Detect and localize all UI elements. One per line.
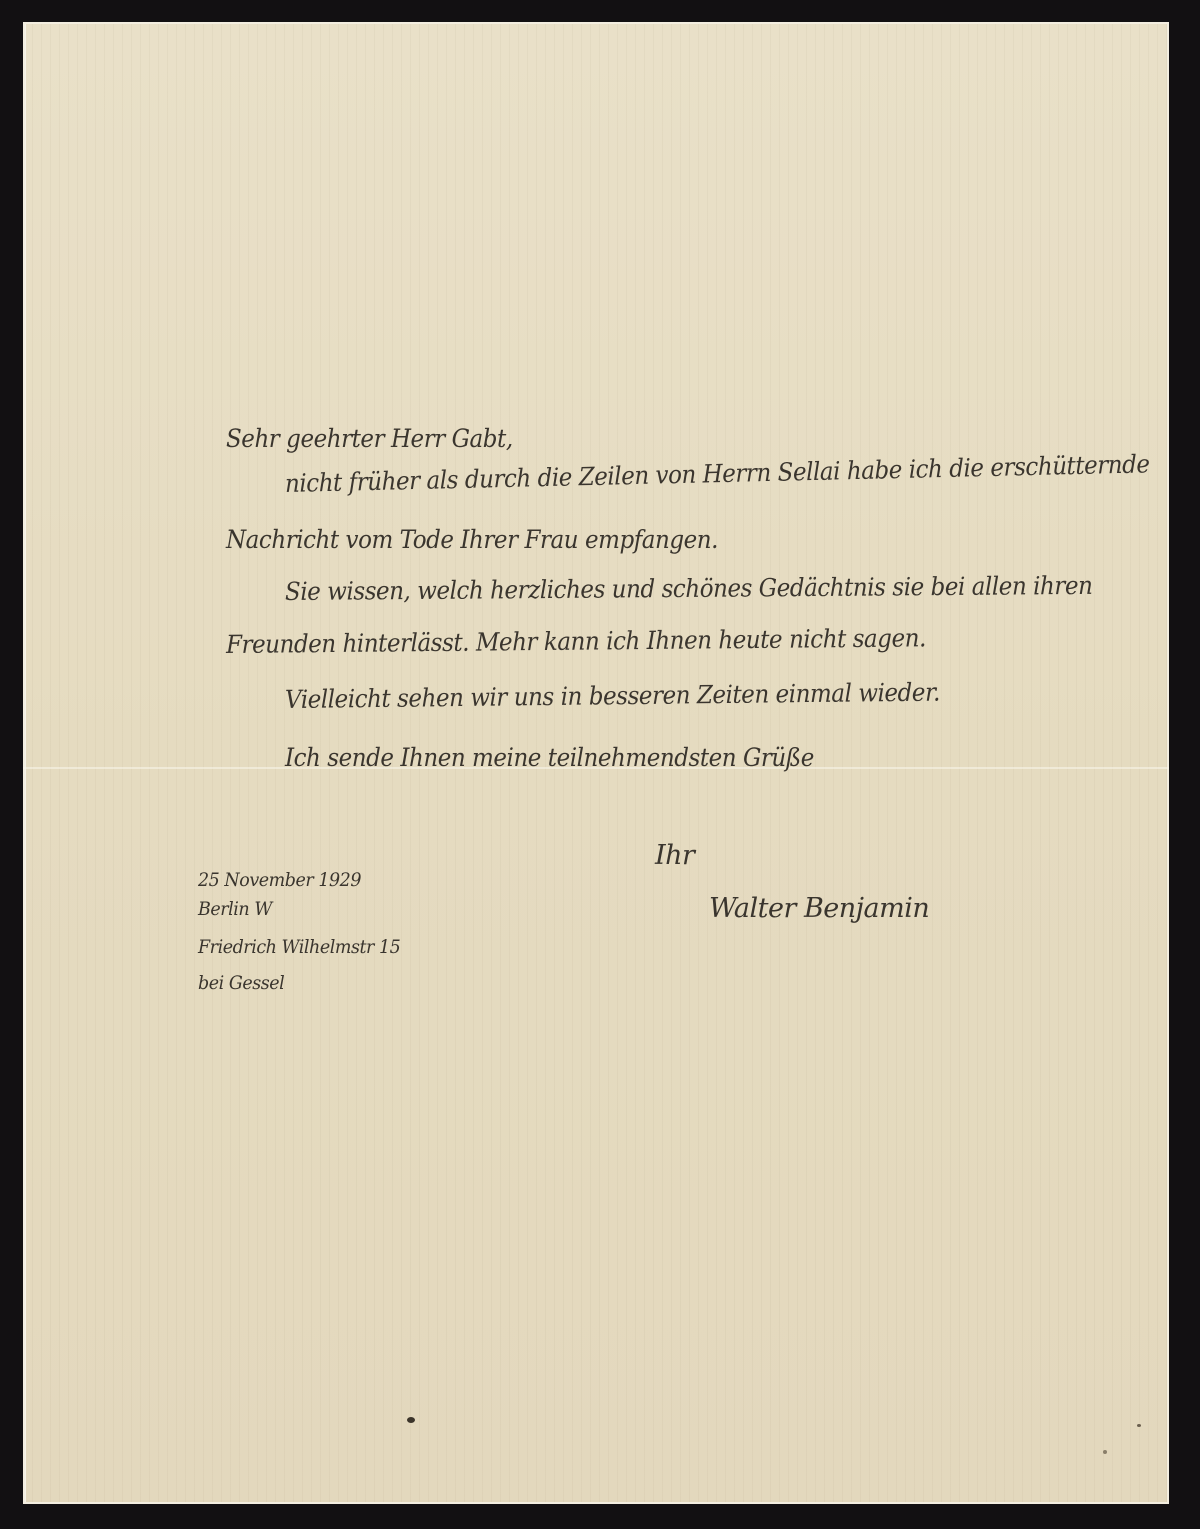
letter-signature: Walter Benjamin [709, 893, 929, 924]
sender-address-line: Berlin W [198, 898, 272, 920]
paper-ink-spot [1103, 1450, 1107, 1454]
letter-body-line: Ich sende Ihnen meine teilnehmendsten Gr… [285, 743, 814, 772]
letter-closing: Ihr [655, 840, 694, 871]
letter-body-line: nicht früher als durch die Zeilen von He… [285, 449, 1150, 498]
letter-body-line: Freunden hinterlässt. Mehr kann ich Ihne… [226, 623, 926, 659]
letter-page: Sehr geehrter Herr Gabt, nicht früher al… [23, 22, 1169, 1504]
letter-body-line: Sie wissen, welch herzliches und schönes… [285, 571, 1093, 606]
paper-ink-spot [407, 1417, 415, 1423]
letter-date: 25 November 1929 [198, 869, 361, 891]
sender-address-line: Friedrich Wilhelmstr 15 [198, 936, 400, 958]
letter-body-line: Nachricht vom Tode Ihrer Frau empfangen. [226, 525, 718, 554]
letter-body-line: Vielleicht sehen wir uns in besseren Zei… [285, 678, 940, 714]
sender-address-line: bei Gessel [198, 972, 284, 994]
letter-salutation: Sehr geehrter Herr Gabt, [226, 424, 513, 453]
paper-ink-spot [1137, 1424, 1141, 1427]
